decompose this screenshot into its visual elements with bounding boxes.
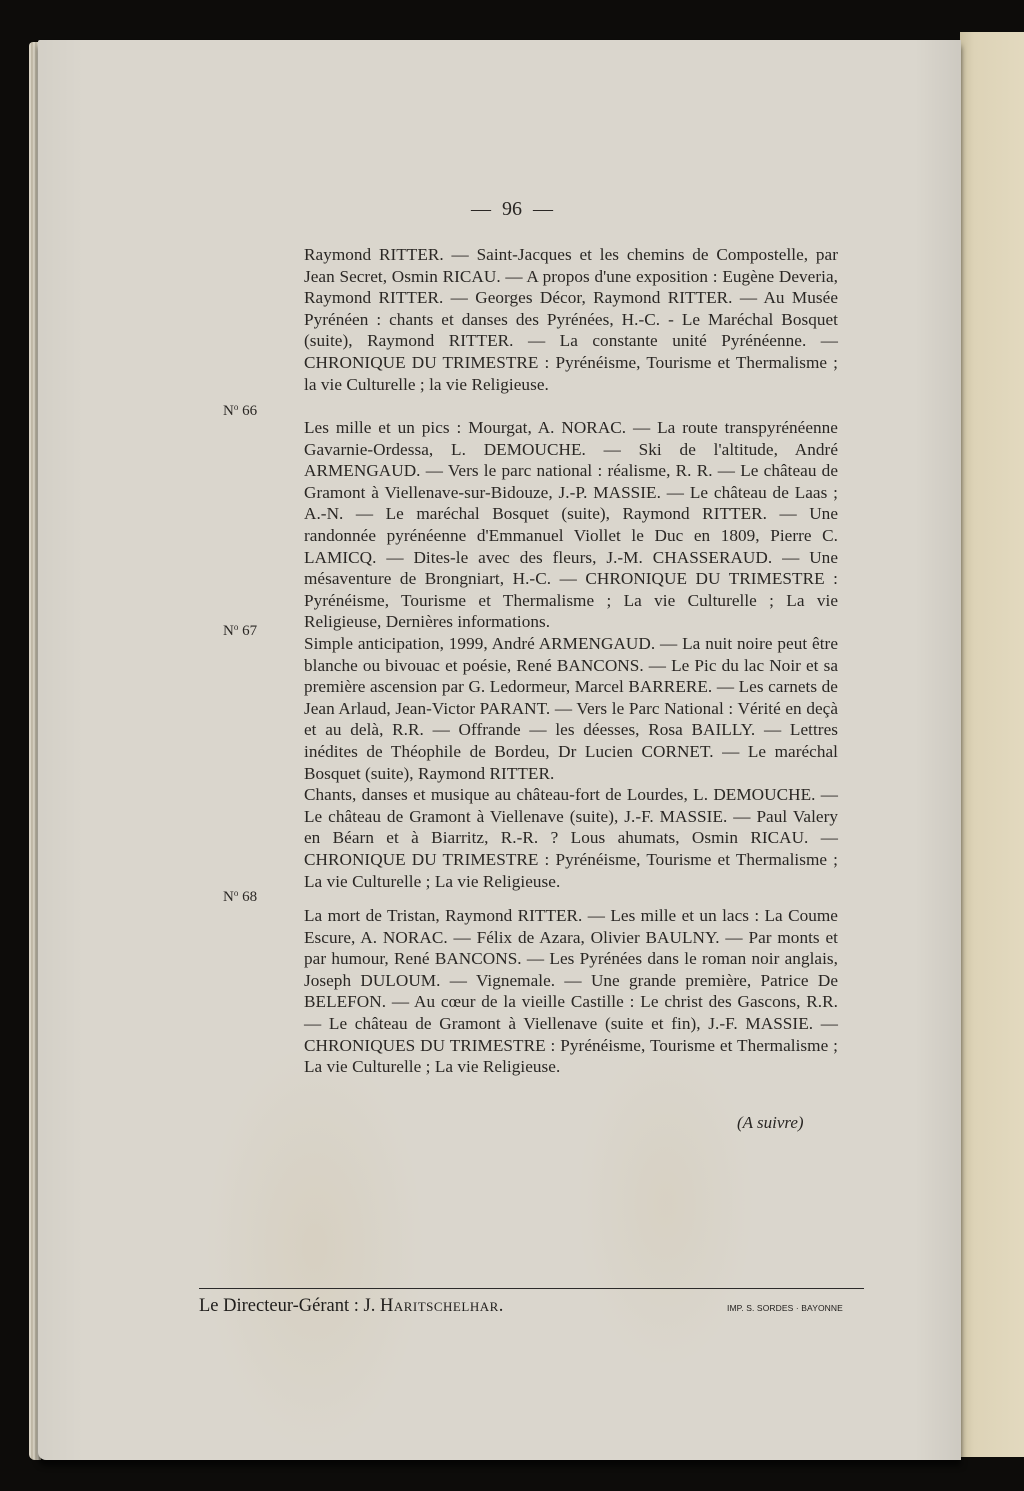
entry-label-67: No 67 xyxy=(223,622,257,640)
footer-rule xyxy=(199,1288,864,1289)
entry-66: Les mille et un pics : Mourgat, A. NORAC… xyxy=(304,417,838,633)
footer-printer: IMP. S. SORDES · BAYONNE xyxy=(727,1303,843,1313)
director-name: Haritschelhar. xyxy=(380,1296,504,1316)
entry-67: Simple anticipation, 1999, André ARMENGA… xyxy=(304,633,838,892)
director-label: Le Directeur-Gérant : J. xyxy=(199,1296,380,1316)
entry-text: Simple anticipation, 1999, André ARMENGA… xyxy=(304,633,838,784)
to-be-continued-note: (A suivre) xyxy=(737,1113,804,1133)
entry-68: La mort de Tristan, Raymond RITTER. — Le… xyxy=(304,905,838,1078)
entry-text: La mort de Tristan, Raymond RITTER. — Le… xyxy=(304,905,838,1078)
entry-label-68: No 68 xyxy=(223,888,257,906)
entry-continued: Raymond RITTER. — Saint-Jacques et les c… xyxy=(304,244,838,395)
page-number-dash-left: — xyxy=(465,198,497,220)
entry-text: Les mille et un pics : Mourgat, A. NORAC… xyxy=(304,417,838,633)
page-number-value: 96 xyxy=(502,198,522,220)
entry-text: Raymond RITTER. — Saint-Jacques et les c… xyxy=(304,244,838,395)
footer-director: Le Directeur-Gérant : J. Haritschelhar. xyxy=(199,1296,504,1317)
entry-text-continued: Chants, danses et musique au château-for… xyxy=(304,784,838,892)
entry-label-66: No 66 xyxy=(223,402,257,420)
page-number: — 96 — xyxy=(0,198,1024,221)
page-number-dash-right: — xyxy=(527,198,559,220)
adjacent-page-edge xyxy=(960,32,1024,1457)
